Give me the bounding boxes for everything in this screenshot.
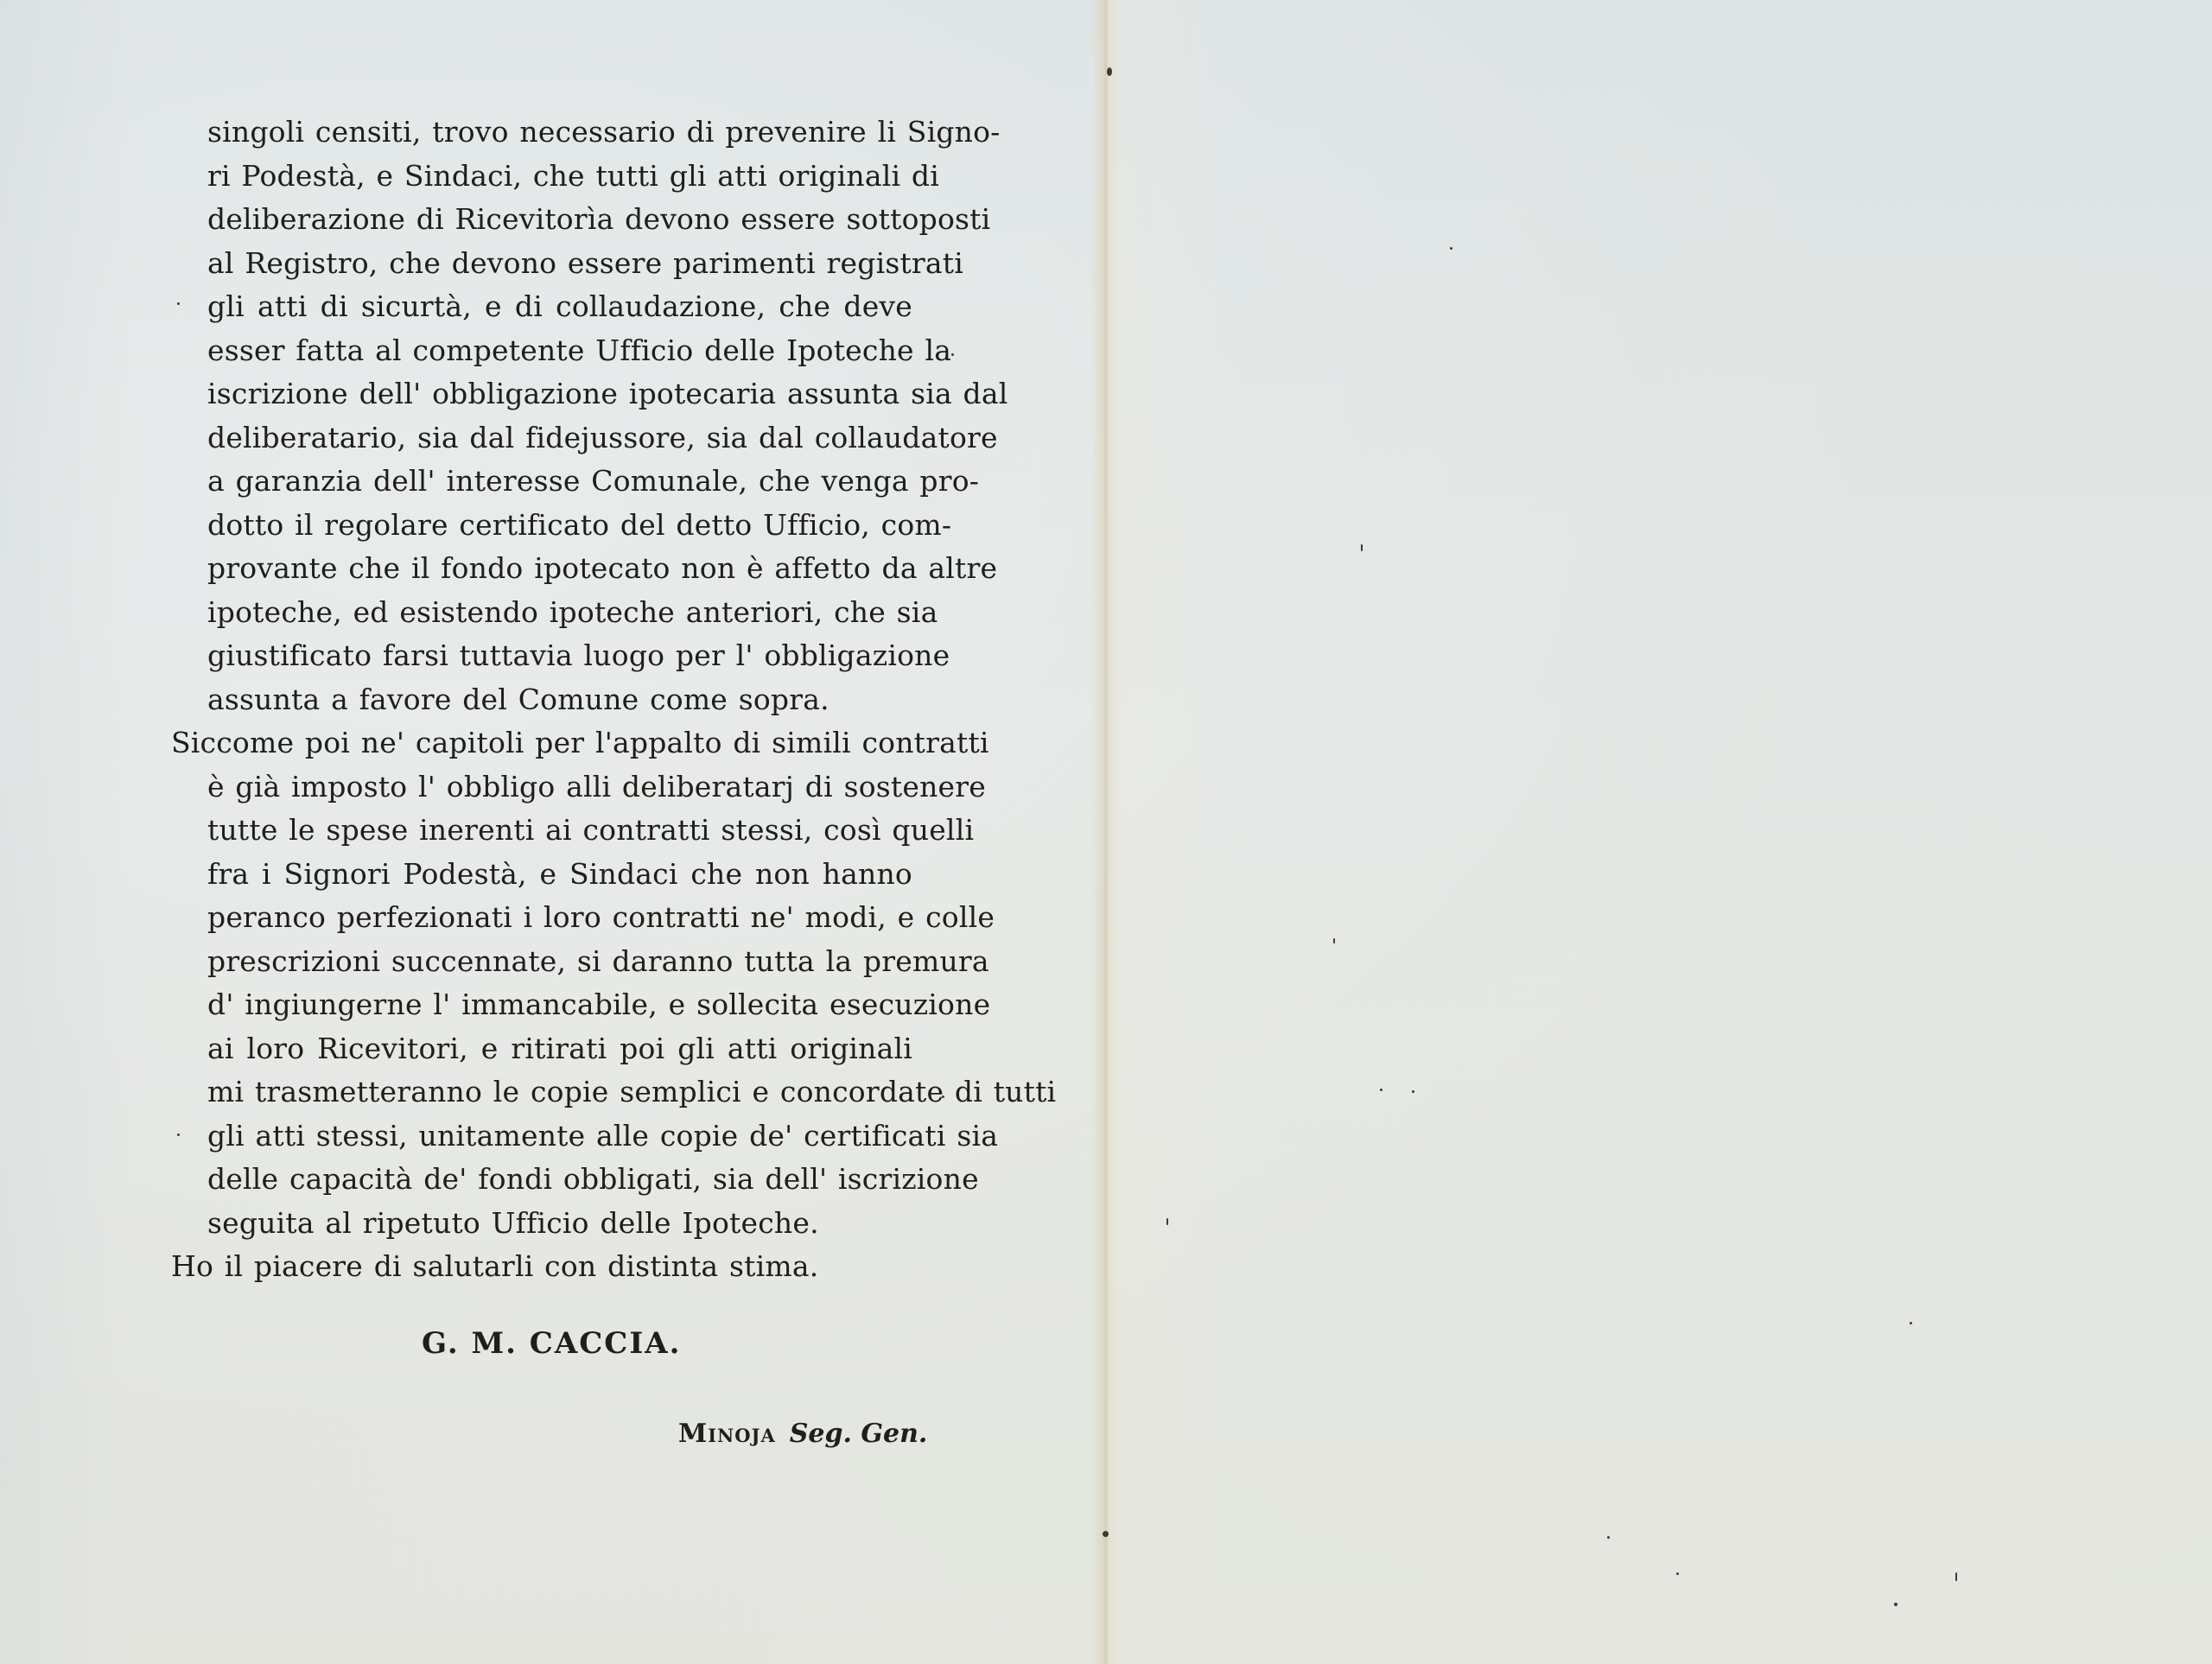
closing-salutation: Ho il piacere di salutarli con distinta … — [171, 1249, 818, 1284]
secretary-title: Seg. Gen. — [790, 1419, 928, 1449]
paper-fleck — [1955, 1572, 1957, 1581]
text-line: deliberatario, sia dal fidejussore, sia … — [207, 421, 912, 455]
paper-fleck — [1107, 67, 1112, 76]
text-line: gli atti di sicurtà, e di collaudazione,… — [207, 289, 912, 324]
text-line: ri Podestà, e Sindaci, che tutti gli att… — [207, 159, 912, 194]
paper-fleck — [1412, 1090, 1414, 1093]
paper-fleck — [1380, 1089, 1382, 1091]
text-line: delle capacità de' fondi obbligati, sia … — [207, 1162, 912, 1197]
text-line: singoli censiti, trovo necessario di pre… — [207, 115, 912, 149]
document-scan: singoli censiti, trovo necessario di pre… — [0, 0, 2212, 1664]
text-line: al Registro, che devono essere parimenti… — [207, 246, 912, 281]
paper-fleck — [1166, 1218, 1168, 1225]
text-line: peranco perfezionati i loro contratti ne… — [207, 900, 912, 935]
paper-fleck — [1333, 938, 1335, 943]
text-line: prescrizioni succennate, si daranno tutt… — [207, 944, 912, 979]
text-line: assunta a favore del Comune come sopra. — [207, 683, 912, 717]
text-line: seguita al ripetuto Ufficio delle Ipotec… — [207, 1206, 912, 1241]
text-line: fra i Signori Podestà, e Sindaci che non… — [207, 857, 912, 892]
text-line: gli atti stessi, unitamente alle copie d… — [207, 1119, 912, 1153]
text-line: d' ingiungerne l' immancabile, e solleci… — [207, 988, 912, 1022]
paper-fleck — [1894, 1603, 1897, 1606]
paper-fleck — [1910, 1322, 1912, 1324]
paper-fleck — [1676, 1572, 1679, 1575]
paper-fleck — [1361, 544, 1363, 551]
letter-body: singoli censiti, trovo necessario di pre… — [0, 0, 1106, 1664]
text-line: deliberazione di Ricevitorìa devono esse… — [207, 202, 912, 237]
text-line: esser fatta al competente Ufficio delle … — [207, 333, 912, 368]
text-line: è già imposto l' obbligo alli deliberata… — [207, 770, 912, 804]
right-page-blank — [1106, 0, 2212, 1664]
paper-fleck — [1450, 247, 1452, 250]
signature: G. M. CACCIA. — [422, 1326, 682, 1361]
countersignature: MinojaSeg. Gen. — [678, 1417, 927, 1451]
secretary-name: Minoja — [678, 1419, 776, 1449]
text-line: Siccome poi ne' capitoli per l'appalto d… — [171, 726, 912, 760]
text-line: tutte le spese inerenti ai contratti ste… — [207, 813, 912, 848]
text-line: mi trasmetteranno le copie semplici e co… — [207, 1075, 912, 1109]
text-line: a garanzia dell' interesse Comunale, che… — [207, 464, 912, 499]
text-line: provante che il fondo ipotecato non è af… — [207, 551, 912, 586]
text-line: ipoteche, ed esistendo ipoteche anterior… — [207, 595, 912, 630]
text-line: iscrizione dell' obbligazione ipotecaria… — [207, 377, 912, 411]
text-line: giustificato farsi tuttavia luogo per l'… — [207, 638, 912, 673]
paper-fleck — [1607, 1536, 1610, 1539]
text-line: dotto il regolare certificato del detto … — [207, 508, 912, 543]
text-line: ai loro Ricevitori, e ritirati poi gli a… — [207, 1032, 912, 1066]
